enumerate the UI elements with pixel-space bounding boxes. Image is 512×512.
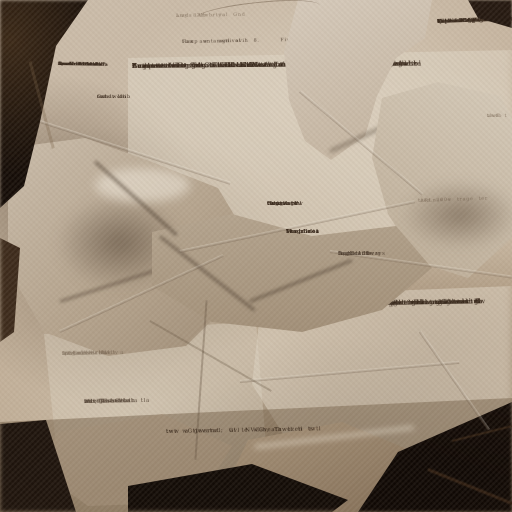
vignette-overlay — [0, 0, 512, 512]
photo-crumpled-paper: Lmds Anvbrty-awy 83lb . ral Gnd Faw aw a… — [0, 0, 512, 512]
